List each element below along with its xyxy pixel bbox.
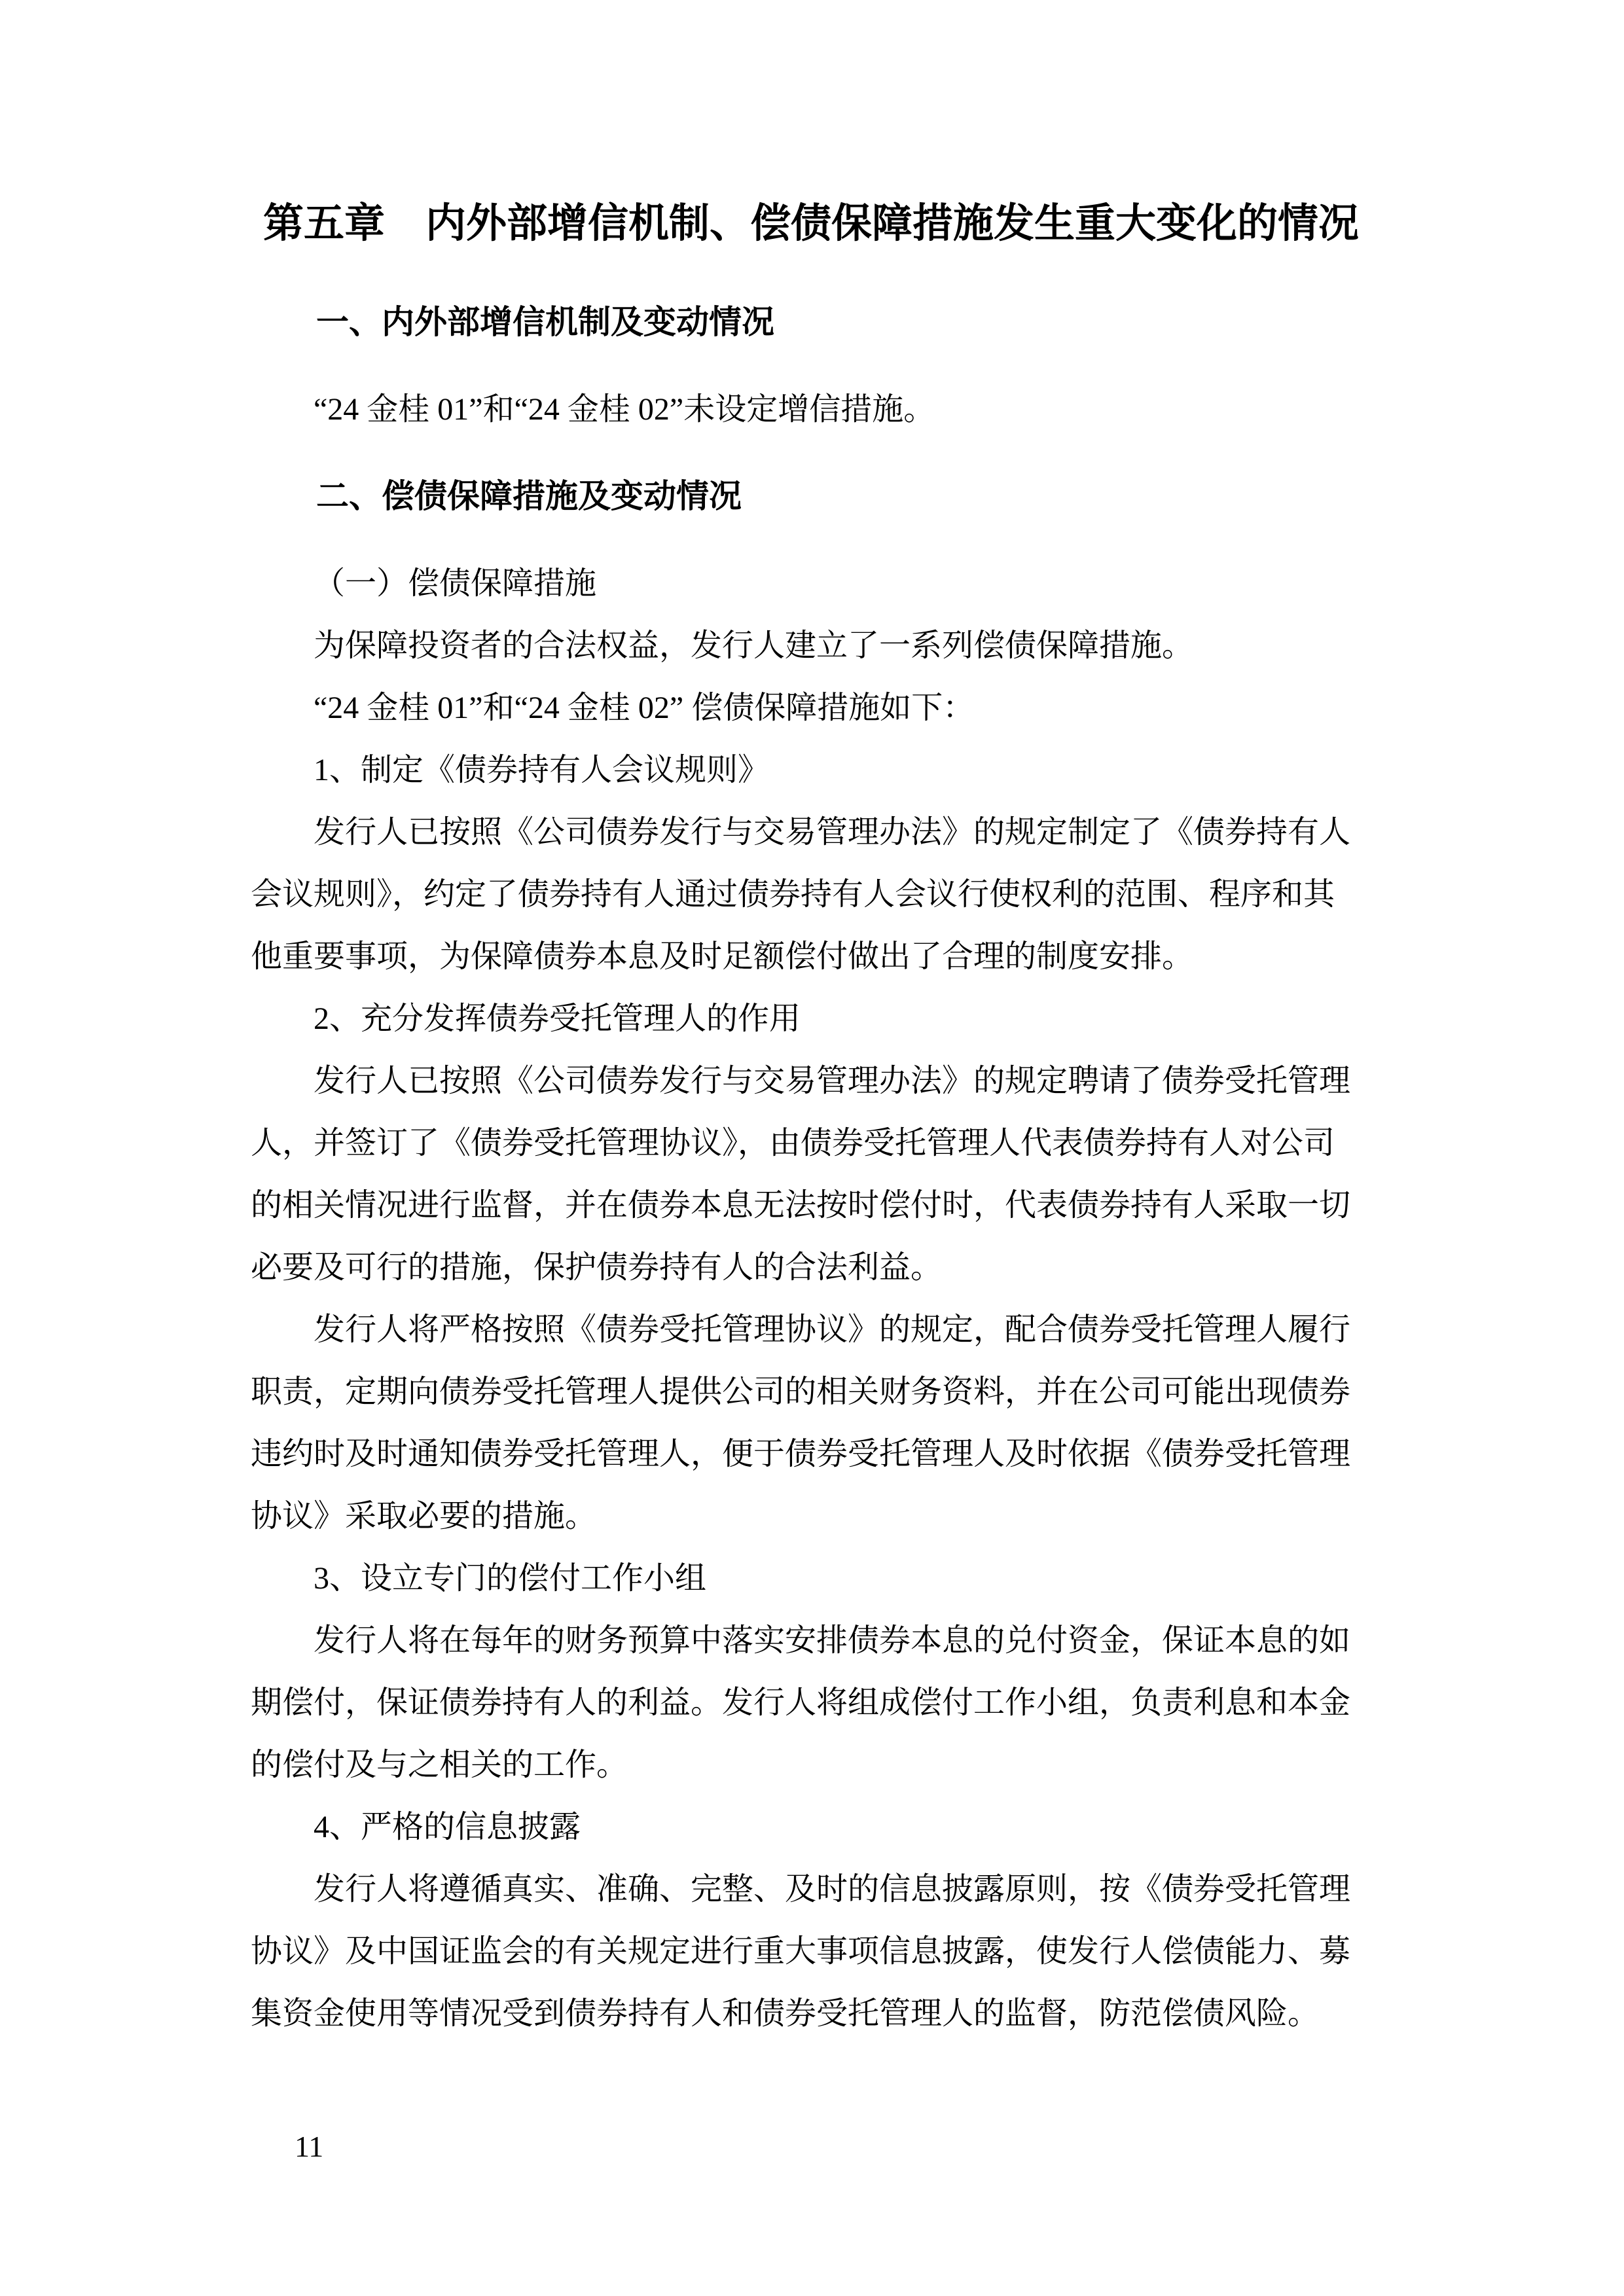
page-number: 11: [295, 2128, 323, 2165]
paragraph: 发行人将严格按照《债券受托管理协议》的规定，配合债券受托管理人履行 职责，定期向…: [251, 1299, 1371, 1547]
section-heading: 一、内外部增信机制及变动情况: [251, 291, 1371, 353]
paragraph: 2、充分发挥债券受托管理人的作用: [251, 988, 1371, 1050]
paragraph: “24 金桂 01”和“24 金桂 02” 偿债保障措施如下：: [251, 677, 1371, 739]
paragraph: 发行人已按照《公司债券发行与交易管理办法》的规定聘请了债券受托管理 人，并签订了…: [251, 1050, 1371, 1299]
paragraph: “24 金桂 01”和“24 金桂 02”未设定增信措施。: [251, 378, 1371, 440]
paragraph: 1、制定《债券持有人会议规则》: [251, 739, 1371, 801]
paragraph: 发行人将在每年的财务预算中落实安排债券本息的兑付资金，保证本息的如 期偿付，保证…: [251, 1609, 1371, 1796]
paragraph: 3、设立专门的偿付工作小组: [251, 1547, 1371, 1609]
section-heading: 二、偿债保障措施及变动情况: [251, 465, 1371, 528]
paragraph: 为保障投资者的合法权益，发行人建立了一系列偿债保障措施。: [251, 615, 1371, 677]
document-body: 一、内外部增信机制及变动情况“24 金桂 01”和“24 金桂 02”未设定增信…: [251, 291, 1371, 2045]
sub-section-heading: （一）偿债保障措施: [251, 552, 1371, 615]
document-page: 第五章 内外部增信机制、偿债保障措施发生重大变化的情况 一、内外部增信机制及变动…: [0, 0, 1624, 2296]
paragraph: 发行人将遵循真实、准确、完整、及时的信息披露原则，按《债券受托管理 协议》及中国…: [251, 1858, 1371, 2045]
document-content: 第五章 内外部增信机制、偿债保障措施发生重大变化的情况 一、内外部增信机制及变动…: [251, 181, 1371, 2045]
paragraph: 发行人已按照《公司债券发行与交易管理办法》的规定制定了《债券持有人 会议规则》，…: [251, 801, 1371, 988]
paragraph: 4、严格的信息披露: [251, 1796, 1371, 1858]
chapter-title: 第五章 内外部增信机制、偿债保障措施发生重大变化的情况: [251, 181, 1371, 266]
